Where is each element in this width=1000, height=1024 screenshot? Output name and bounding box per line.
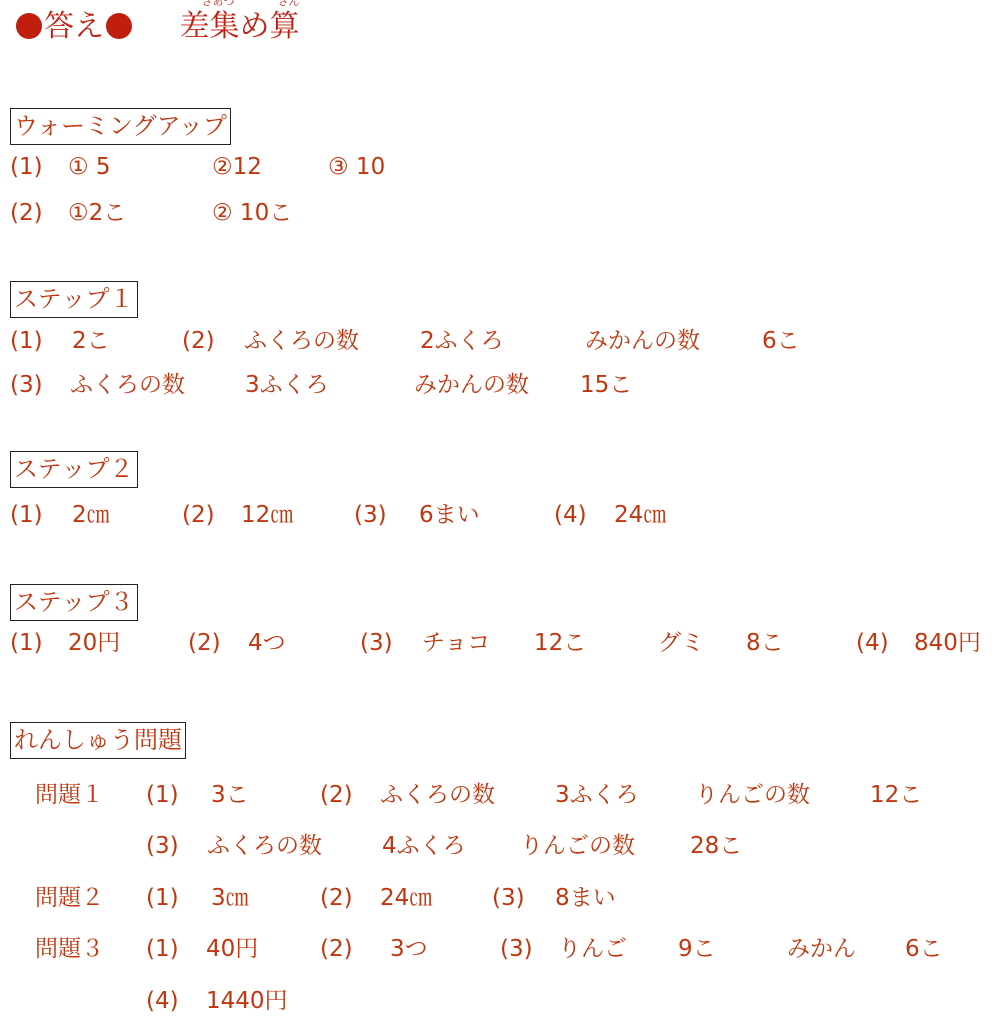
item-number: (3)	[492, 883, 525, 913]
section-heading-warmup: ウォーミングアップ	[10, 108, 231, 145]
answer-label: みかん	[787, 934, 856, 964]
answer-label: ふくろの数	[207, 831, 322, 861]
answer-value: 12こ	[534, 628, 586, 658]
item-number: (3)	[354, 500, 387, 530]
item-number: (2)	[188, 628, 221, 658]
answer-value: 15こ	[580, 370, 632, 400]
item-number: (1)	[10, 500, 43, 530]
item-number: (3)	[360, 628, 393, 658]
answer-label: ふくろの数	[244, 326, 359, 356]
answer-value: 4ふくろ	[382, 831, 466, 861]
item-number: (1)	[146, 934, 179, 964]
answer-value: 40円	[206, 934, 258, 964]
answer-value: 4つ	[248, 628, 286, 658]
item-number: (4)	[554, 500, 587, 530]
answer-value: 9こ	[678, 934, 716, 964]
answer-value: 6こ	[762, 326, 800, 356]
answer-value: 3ふくろ	[245, 370, 329, 400]
answer-label: りんご	[558, 934, 627, 964]
item-number: (1)	[10, 326, 43, 356]
item-number: (2)	[320, 883, 353, 913]
answer-label: ふくろの数	[380, 780, 495, 810]
item-number: (1)	[10, 152, 43, 182]
answer-value: 28こ	[690, 831, 742, 861]
answer-value: 3こ	[211, 780, 249, 810]
answer-value: 8まい	[555, 883, 616, 913]
item-number: (2)	[320, 780, 353, 810]
answer-value: 3つ	[390, 934, 428, 964]
bullet-icon	[106, 13, 132, 39]
topic-title: さあつ さん 差集め算	[180, 10, 300, 44]
answer-label: みかんの数	[585, 326, 700, 356]
item-number: (3)	[10, 370, 43, 400]
item-number: (2)	[320, 934, 353, 964]
answer-value: 3㎝	[211, 883, 249, 913]
item-number: (2)	[182, 500, 215, 530]
answer-value: 24㎝	[380, 883, 432, 913]
answer-value: ① 5	[68, 152, 111, 182]
answer-value: 1440円	[206, 986, 288, 1016]
answer-label: りんごの数	[695, 780, 810, 810]
item-number: (1)	[146, 883, 179, 913]
bullet-icon	[16, 13, 42, 39]
answer-value: 2こ	[72, 326, 110, 356]
answer-value: 8こ	[746, 628, 784, 658]
item-number: (1)	[10, 628, 43, 658]
answer-value: ①2こ	[68, 198, 126, 228]
answer-value: 2㎝	[72, 500, 110, 530]
page-title: 答え さあつ さん 差集め算	[16, 10, 300, 44]
item-number: (2)	[182, 326, 215, 356]
answer-value: 24㎝	[614, 500, 666, 530]
answer-value: ③ 10	[328, 152, 385, 182]
answer-label: ふくろの数	[70, 370, 185, 400]
furigana-right: さん	[278, 0, 300, 8]
answer-value: 3ふくろ	[555, 780, 639, 810]
problem-label: 問題１	[35, 780, 104, 810]
answer-value: 6こ	[905, 934, 943, 964]
answer-value: 840円	[914, 628, 981, 658]
answer-value: ②12	[212, 152, 262, 182]
item-number: (2)	[10, 198, 43, 228]
topic-text: 差集め算	[180, 9, 300, 44]
item-number: (1)	[146, 780, 179, 810]
answer-value: 12こ	[870, 780, 922, 810]
section-heading-step1: ステップ１	[10, 281, 138, 318]
answer-label: 答え	[44, 9, 104, 44]
problem-label: 問題２	[35, 883, 104, 913]
section-heading-step2: ステップ２	[10, 451, 138, 488]
item-number: (4)	[146, 986, 179, 1016]
answer-label: りんごの数	[520, 831, 635, 861]
furigana-left: さあつ	[202, 0, 235, 8]
answer-value: ② 10こ	[212, 198, 292, 228]
answer-value: 2ふくろ	[420, 326, 504, 356]
item-number: (3)	[146, 831, 179, 861]
answer-value: 6まい	[419, 500, 480, 530]
answer-value: 12㎝	[241, 500, 293, 530]
item-number: (4)	[856, 628, 889, 658]
section-heading-step3: ステップ３	[10, 584, 138, 621]
answer-label: チョコ	[422, 628, 490, 658]
item-number: (3)	[500, 934, 533, 964]
problem-label: 問題３	[35, 934, 104, 964]
answer-label: グミ	[658, 628, 704, 658]
answer-label: みかんの数	[414, 370, 529, 400]
answer-value: 20円	[68, 628, 120, 658]
section-heading-practice: れんしゅう問題	[10, 722, 186, 759]
